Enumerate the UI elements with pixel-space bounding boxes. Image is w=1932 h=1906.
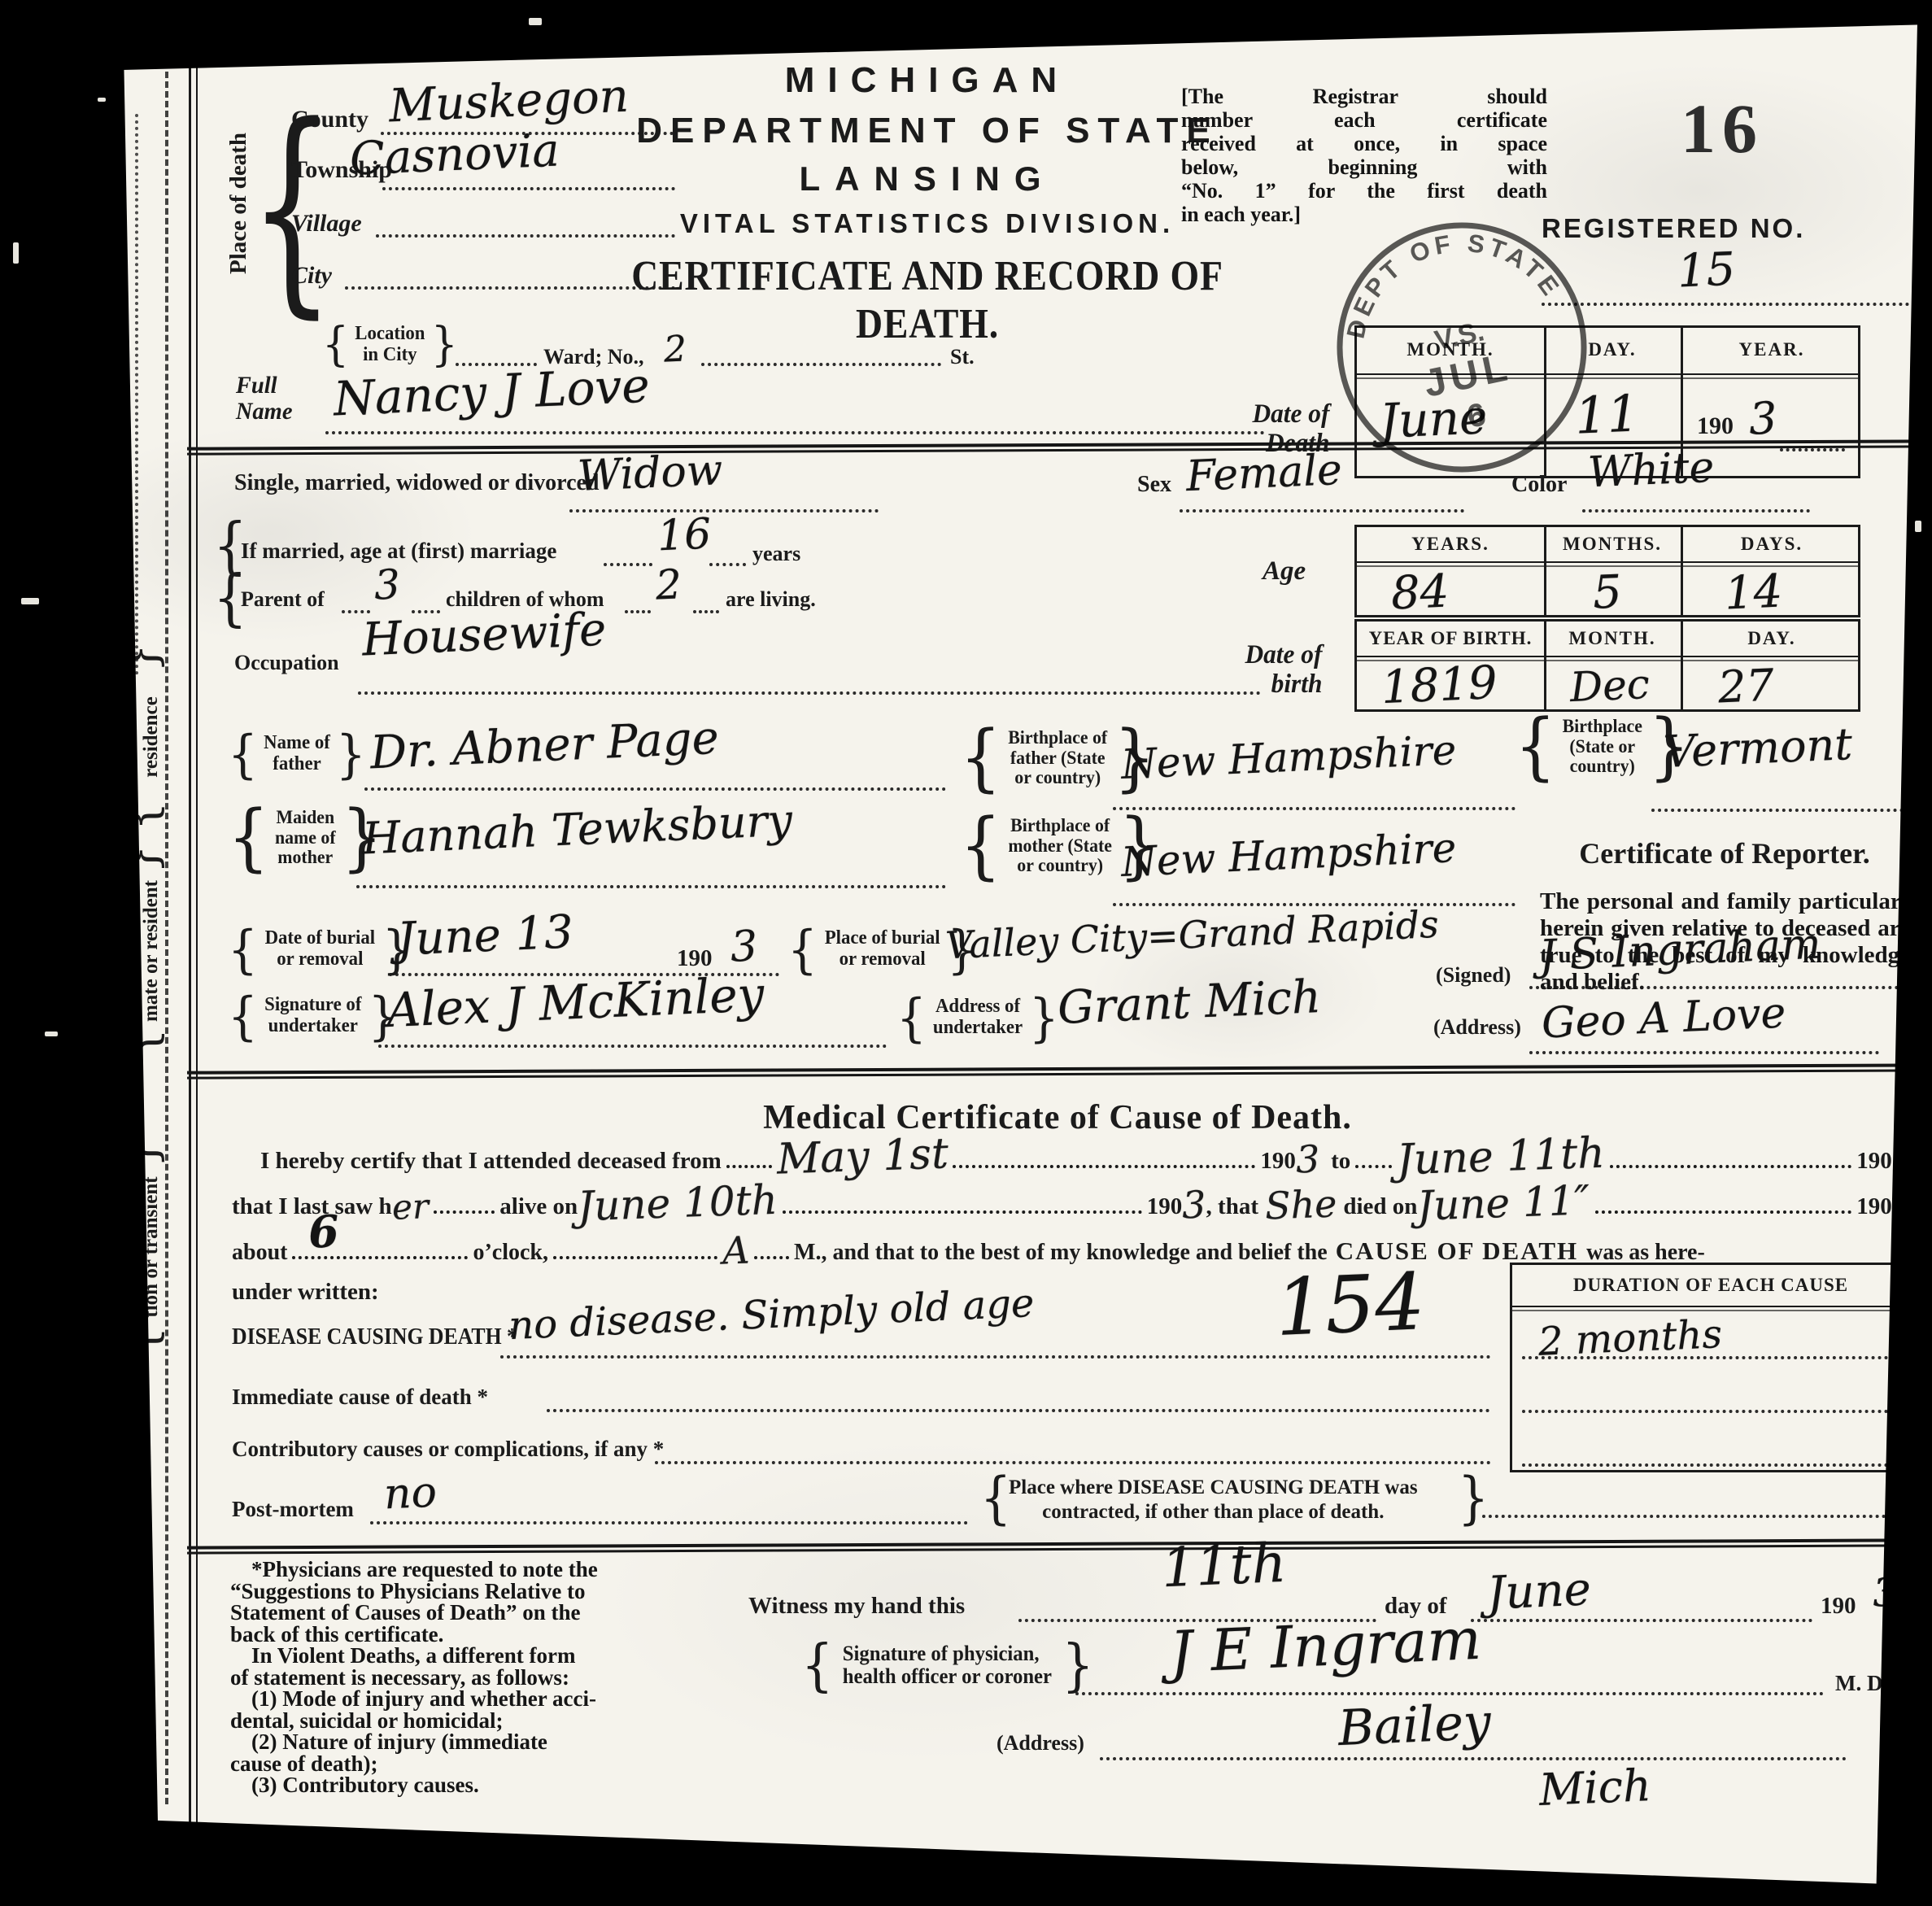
dotted-line [1482, 1515, 1905, 1518]
brace: } [1458, 1471, 1489, 1527]
date-received-stamp: DEPT OF STATE V.S. JUL 6 [1284, 169, 1641, 526]
dotted-line [1529, 986, 1912, 989]
witness-day-value: 11th [1160, 1532, 1287, 1600]
disease-value: no disease. Simply old age [508, 1280, 1035, 1349]
burial-date-value: June 13 [396, 905, 574, 966]
years-header: YEARS. [1357, 534, 1544, 555]
burial-place-value: Valley City=Grand Rapids [944, 902, 1440, 967]
dotted-line [370, 1521, 968, 1524]
dotted-line [1582, 509, 1810, 512]
dotted-line [364, 787, 946, 791]
mother-value: Hannah Tewksbury [361, 794, 793, 864]
city-label: City [291, 262, 332, 290]
witness-month-value: June [1486, 1563, 1592, 1620]
children-count: 3 [373, 560, 401, 608]
dotted-line [1529, 1051, 1879, 1054]
last-saw-date: June 10th [577, 1176, 778, 1231]
duration-title: DURATION OF EACH CAUSE [1512, 1275, 1909, 1296]
age-days-value: 14 [1724, 565, 1784, 620]
marriage-years-label: years [752, 542, 800, 566]
months-header: MONTHS. [1544, 534, 1681, 555]
postmortem-value: no [383, 1468, 438, 1520]
physician-footnotes: *Physicians are requested to note the “S… [230, 1559, 598, 1796]
certificate-paper: Place of death { Late or homeresidence }… [0, 0, 1932, 1906]
birth-month-header: MONTH. [1544, 628, 1681, 649]
attended-from-value: May 1st [776, 1129, 949, 1184]
undertaker-addr-label: { Address ofundertaker } [896, 994, 1059, 1041]
birth-year-header: YEAR OF BIRTH. [1357, 628, 1544, 649]
dotted-line [693, 610, 719, 613]
age-years-value: 84 [1390, 565, 1450, 620]
dotted-line [709, 563, 746, 566]
death-certificate-scan: { "colors": { "background": "#000000", "… [0, 0, 1932, 1906]
certify-line-1: I hereby certify that I attended decease… [260, 1132, 1916, 1175]
father-value: Dr. Abner Page [369, 712, 720, 780]
dotted-line [1651, 809, 1910, 812]
margin-dashed-rule [165, 72, 168, 1804]
registered-no-value: 15 [1677, 242, 1737, 298]
father-label: { Name offather } [228, 731, 366, 778]
dotted-line [625, 610, 651, 613]
year-header: YEAR. [1681, 339, 1863, 360]
undertaker-addr-value: Grant Mich [1057, 970, 1322, 1035]
undertaker-sig-label: { Signature ofundertaker } [228, 992, 398, 1040]
physician-address-city: Bailey [1337, 1694, 1493, 1757]
physician-address-state: Mich [1538, 1760, 1652, 1816]
died-on-date: June 11″ [1417, 1176, 1591, 1229]
occupation-label: Occupation [234, 651, 339, 675]
county-label: County [291, 106, 369, 133]
days-header: DAYS. [1681, 534, 1863, 555]
marital-value: Widow [577, 446, 724, 501]
medical-title: Medical Certificate of Cause of Death. [569, 1098, 1546, 1137]
age-months-value: 5 [1592, 565, 1623, 619]
dotted-line [569, 509, 879, 512]
burial-date-label: { Date of burialor removal } [228, 926, 412, 973]
children-living: 2 [655, 560, 683, 608]
margin-leader [135, 114, 138, 675]
dotted-line [356, 885, 946, 888]
date-of-birth-table: YEAR OF BIRTH. MONTH. DAY. 1819 Dec 27 [1354, 619, 1860, 712]
death-hour: 6 [307, 1205, 340, 1258]
village-label: Village [291, 210, 362, 238]
contributory-label: Contributory causes or complications, if… [232, 1437, 664, 1462]
dotted-line [1113, 807, 1516, 810]
sex-label: Sex [1137, 472, 1171, 498]
children-label-3: are living. [726, 587, 816, 612]
under-written: under written: [232, 1279, 379, 1306]
physician-signature: J E Ingram [1168, 1606, 1482, 1686]
scan-speck [13, 242, 19, 264]
witness-year-printed: 190 [1821, 1593, 1856, 1620]
dotted-line [1100, 1757, 1847, 1760]
birth-day-value: 27 [1717, 660, 1775, 713]
md-label: M. D. [1835, 1671, 1888, 1696]
disease-label: DISEASE CAUSING DEATH * [232, 1324, 517, 1350]
section-rule [187, 1538, 1920, 1549]
sidebar-label-place-of-death: Place of death [225, 110, 252, 297]
place-where-label: Place where DISEASE CAUSING DEATH was co… [1009, 1476, 1418, 1524]
full-name-value: Nancy J Love [333, 358, 651, 427]
marriage-age-value: 16 [656, 510, 713, 561]
birth-month-value: Dec [1569, 661, 1651, 711]
physician-sig-label: { Signature of physician,health officer … [801, 1640, 1094, 1690]
scan-speck [45, 1032, 58, 1036]
dotted-line [604, 563, 652, 566]
burial-year-digit: 3 [730, 922, 759, 971]
date-of-birth-label: Date ofbirth [1243, 641, 1324, 699]
scan-speck [529, 18, 542, 25]
dotted-line [547, 1409, 1490, 1412]
margin-solid-rule-outer [189, 49, 191, 1826]
father-birthplace-value: New Hampshire [1120, 726, 1457, 788]
age-label: Age [1263, 556, 1306, 587]
certify-line-3: about 6 o’clock, A M., and that to the b… [232, 1225, 1916, 1266]
dotted-line [500, 1355, 1491, 1359]
dotted-line [1471, 1619, 1812, 1622]
brace: { [980, 1471, 1011, 1527]
mother-birthplace-value: New Hampshire [1120, 824, 1457, 886]
certificate-number: 16 [1681, 88, 1764, 169]
dotted-line [701, 363, 941, 366]
immediate-label: Immediate cause of death * [232, 1385, 488, 1410]
mother-label: { Maidenname ofmother } [228, 805, 382, 870]
occupation-value: Housewife [361, 603, 608, 666]
street-label: St. [950, 345, 975, 369]
birthplace-value: Vermont [1663, 718, 1854, 778]
duration-box: DURATION OF EACH CAUSE 2 months [1510, 1263, 1912, 1472]
age-table: YEARS. MONTHS. DAYS. 84 5 14 [1354, 525, 1860, 617]
marital-label: Single, married, widowed or divorced [234, 470, 600, 496]
reporter-title: Certificate of Reporter. [1537, 836, 1912, 870]
dotted-line [358, 691, 1261, 695]
dotted-line [655, 1461, 1491, 1464]
death-year-printed: 190 [1697, 412, 1734, 440]
reporter-address-value: Geo A Love [1541, 988, 1787, 1048]
birth-year-value: 1819 [1380, 656, 1498, 714]
certify-line-2: that I last saw h er alive on June 10th … [232, 1178, 1916, 1220]
birth-day-header: DAY. [1681, 628, 1863, 649]
margin-solid-rule-inner [196, 49, 198, 1826]
postmortem-label: Post-mortem [232, 1497, 354, 1522]
scan-speck [98, 98, 106, 102]
dotted-line [378, 1045, 887, 1048]
sex-value: Female [1185, 446, 1343, 501]
scan-speck [1915, 521, 1921, 532]
am-pm: A [722, 1228, 750, 1272]
physician-address-label: (Address) [997, 1731, 1084, 1756]
document-title: CERTIFICATE AND RECORD OF DEATH. [569, 252, 1285, 348]
witness-label: Witness my hand this [748, 1593, 965, 1620]
dotted-line [325, 431, 1265, 434]
death-year-digit: 3 [1748, 392, 1778, 444]
dotted-line [1113, 903, 1516, 906]
undertaker-sig-value: Alex J McKinley [386, 966, 765, 1038]
section-rule [187, 1063, 1932, 1074]
full-name-label: FullName [234, 373, 294, 425]
stamp-month: JUL [1420, 346, 1516, 406]
location-label: { Locationin City } [322, 324, 458, 366]
children-label-1: Parent of [241, 587, 325, 612]
reporter-address-label: (Address) [1433, 1015, 1521, 1040]
scan-speck [21, 598, 39, 604]
reporter-signed-label: (Signed) [1436, 963, 1511, 988]
stamp-day: 6 [1463, 396, 1489, 435]
disease-code: 154 [1274, 1256, 1427, 1354]
